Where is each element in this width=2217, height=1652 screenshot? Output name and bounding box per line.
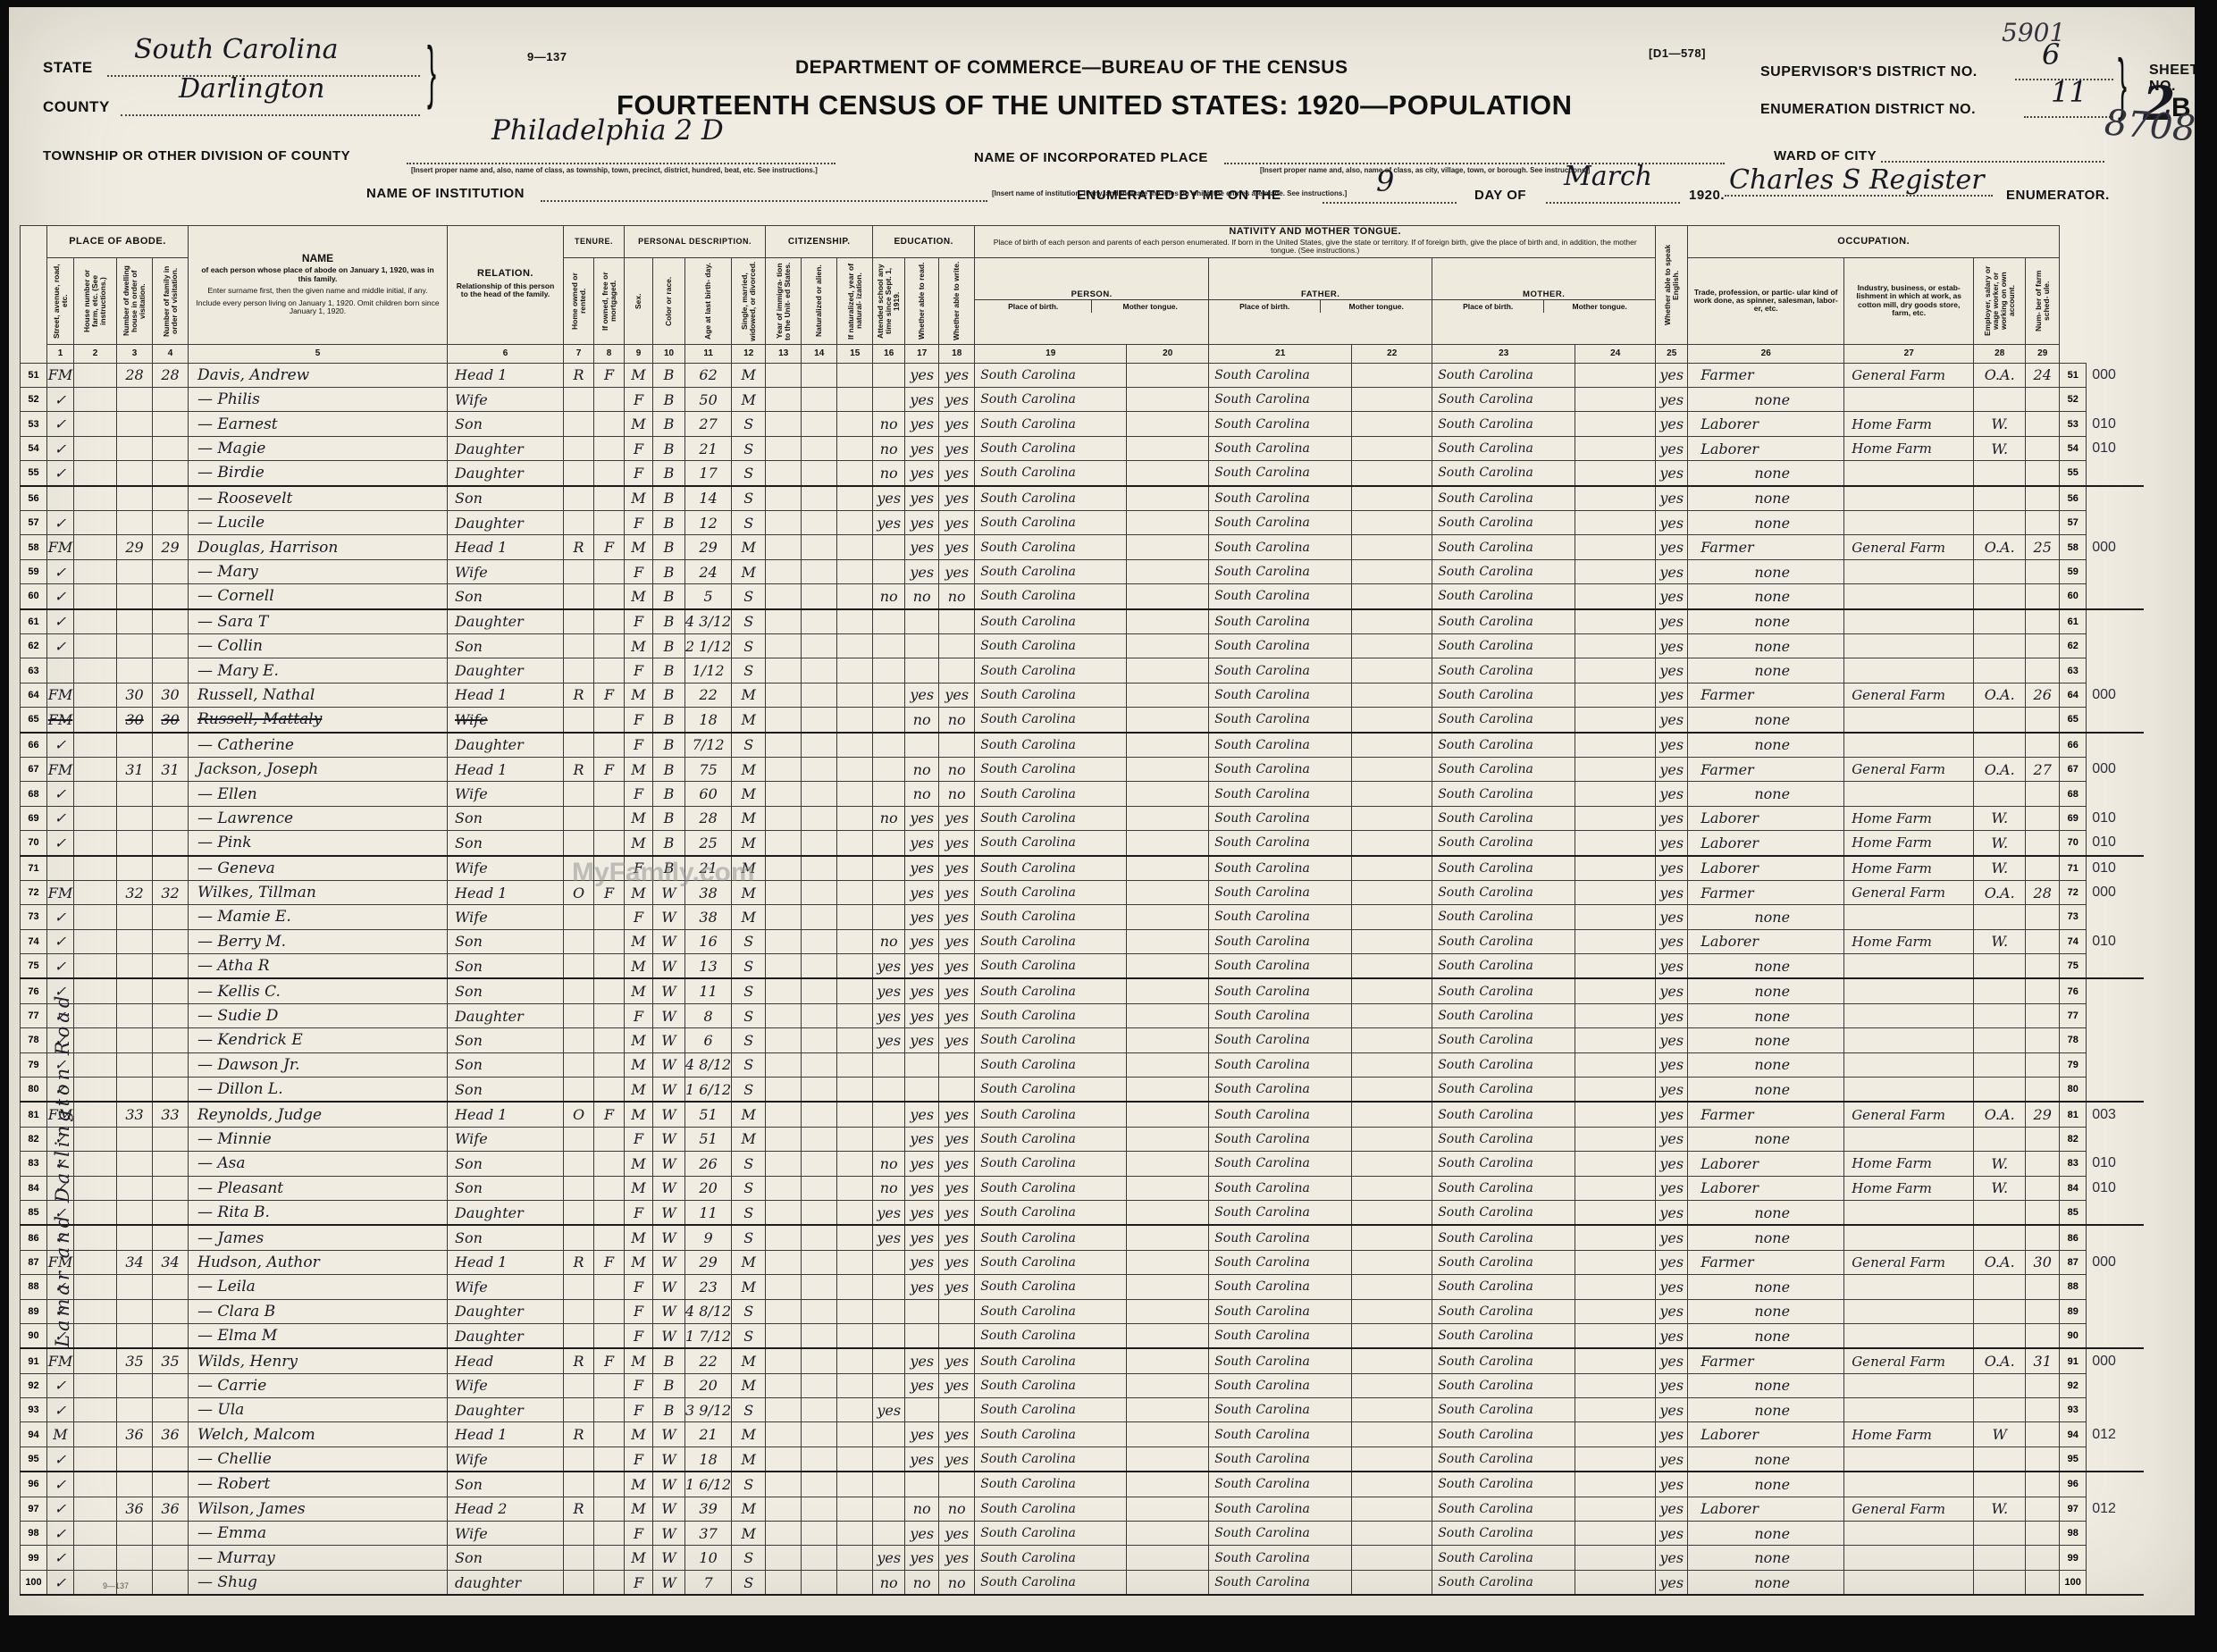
cell-mb-75: South Carolina bbox=[1432, 954, 1575, 979]
cell-in-59 bbox=[1844, 559, 1974, 583]
cell-t8-87: F bbox=[594, 1250, 625, 1274]
cell-ln-60: 60 bbox=[21, 584, 47, 609]
cell-fa-70 bbox=[153, 831, 189, 856]
cell-mark-54: 010 bbox=[2087, 436, 2144, 460]
cell-nm-94: Welch, Malcom bbox=[189, 1422, 448, 1447]
cell-t8-96 bbox=[594, 1472, 625, 1497]
cell-rd-80 bbox=[905, 1078, 939, 1103]
cell-fa-95 bbox=[153, 1447, 189, 1472]
cell-nm-87: Hudson, Author bbox=[189, 1250, 448, 1274]
cell-c14-100 bbox=[802, 1570, 837, 1595]
cell-rel-66: Daughter bbox=[448, 733, 564, 758]
cell-nm-80: — Dillon L. bbox=[189, 1078, 448, 1103]
cell-wr-96 bbox=[939, 1472, 975, 1497]
cell-c15-80 bbox=[837, 1078, 873, 1103]
cell-c13-56 bbox=[766, 486, 802, 511]
cell-tr-78: none bbox=[1688, 1028, 1844, 1052]
stamp-top: 5901 bbox=[2002, 18, 2065, 47]
cell-sc-99: yes bbox=[873, 1546, 905, 1570]
cell-c15-55 bbox=[837, 461, 873, 486]
cell-in-64: General Farm bbox=[1844, 683, 1974, 707]
cell-sc-83: no bbox=[873, 1152, 905, 1176]
cell-nm-66: — Catherine bbox=[189, 733, 448, 758]
cell-t8-86 bbox=[594, 1225, 625, 1250]
cell-ag-51: 62 bbox=[685, 363, 732, 387]
cell-t7-51: R bbox=[564, 363, 594, 387]
cell-mmt-69 bbox=[1575, 806, 1656, 830]
cell-fmt-84 bbox=[1352, 1176, 1432, 1200]
cell-sc-76: yes bbox=[873, 978, 905, 1003]
census-sheet: STATE South Carolina COUNTY Darlington }… bbox=[9, 7, 2195, 1615]
cell-rd-85: yes bbox=[905, 1200, 939, 1225]
cell-c15-61 bbox=[837, 609, 873, 634]
cell-t7-84 bbox=[564, 1176, 594, 1200]
cell-nm-88: — Leila bbox=[189, 1275, 448, 1299]
cell-rd-88: yes bbox=[905, 1275, 939, 1299]
cell-fs-89 bbox=[2026, 1299, 2060, 1323]
cell-hs-95 bbox=[74, 1447, 117, 1472]
cell-c13-59 bbox=[766, 559, 802, 583]
cell-sc-98 bbox=[873, 1522, 905, 1546]
cell-mb-65: South Carolina bbox=[1432, 708, 1575, 733]
cell-en-94: yes bbox=[1656, 1422, 1688, 1447]
cell-c15-54 bbox=[837, 436, 873, 460]
cell-fa-93 bbox=[153, 1398, 189, 1422]
cell-hs-64 bbox=[74, 683, 117, 707]
cell-c15-51 bbox=[837, 363, 873, 387]
cell-fs-58: 25 bbox=[2026, 535, 2060, 559]
cell-mmt-60 bbox=[1575, 584, 1656, 609]
cell-ln-69: 69 bbox=[21, 806, 47, 830]
cell-sc-73 bbox=[873, 905, 905, 929]
cell-mmt-85 bbox=[1575, 1200, 1656, 1225]
cell-cr-74: W bbox=[653, 929, 685, 953]
cell-hs-88 bbox=[74, 1275, 117, 1299]
cell-cr-76: W bbox=[653, 978, 685, 1003]
cell-mt-87 bbox=[1127, 1250, 1209, 1274]
cell-tr-59: none bbox=[1688, 559, 1844, 583]
cell-fmt-60 bbox=[1352, 584, 1432, 609]
cell-c14-73 bbox=[802, 905, 837, 929]
cell-mt-65 bbox=[1127, 708, 1209, 733]
cell-lnr-79: 79 bbox=[2060, 1052, 2087, 1077]
cell-c14-58 bbox=[802, 535, 837, 559]
cell-sx-86: M bbox=[625, 1225, 653, 1250]
cell-t7-73 bbox=[564, 905, 594, 929]
cell-em-99 bbox=[1974, 1546, 2026, 1570]
cell-c13-99 bbox=[766, 1546, 802, 1570]
cell-mmt-99 bbox=[1575, 1546, 1656, 1570]
cell-rel-94: Head 1 bbox=[448, 1422, 564, 1447]
cell-pb-82: South Carolina bbox=[975, 1127, 1127, 1151]
cell-c15-88 bbox=[837, 1275, 873, 1299]
cell-fa-83 bbox=[153, 1152, 189, 1176]
cell-dw-96 bbox=[117, 1472, 153, 1497]
cell-mark-52 bbox=[2087, 388, 2144, 412]
cell-mark-66 bbox=[2087, 733, 2144, 758]
cell-c15-76 bbox=[837, 978, 873, 1003]
cell-sc-52 bbox=[873, 388, 905, 412]
cell-mmt-94 bbox=[1575, 1422, 1656, 1447]
cell-hs-73 bbox=[74, 905, 117, 929]
column-number-24: 24 bbox=[1575, 344, 1656, 363]
cell-lnr-97: 97 bbox=[2060, 1497, 2087, 1521]
cell-c15-99 bbox=[837, 1546, 873, 1570]
cell-t8-82 bbox=[594, 1127, 625, 1151]
table-row: 87FM3434Hudson, AuthorHead 1RFMW29Myesye… bbox=[21, 1250, 2144, 1274]
cell-hs-51 bbox=[74, 363, 117, 387]
cell-mmt-71 bbox=[1575, 856, 1656, 881]
cell-c15-94 bbox=[837, 1422, 873, 1447]
cell-fa-72: 32 bbox=[153, 880, 189, 904]
cell-in-70: Home Farm bbox=[1844, 831, 1974, 856]
cell-sx-60: M bbox=[625, 584, 653, 609]
cell-hs-68 bbox=[74, 782, 117, 806]
cell-t8-77 bbox=[594, 1003, 625, 1027]
cell-nm-64: Russell, Nathal bbox=[189, 683, 448, 707]
cell-mt-99 bbox=[1127, 1546, 1209, 1570]
cell-ab-95: ✓ bbox=[47, 1447, 74, 1472]
cell-mr-60: S bbox=[732, 584, 766, 609]
cell-hs-56 bbox=[74, 486, 117, 511]
cell-fs-87: 30 bbox=[2026, 1250, 2060, 1274]
cell-rel-85: Daughter bbox=[448, 1200, 564, 1225]
cell-dw-67: 31 bbox=[117, 757, 153, 781]
cell-fa-60 bbox=[153, 584, 189, 609]
cell-sc-77: yes bbox=[873, 1003, 905, 1027]
col7-label: Home owned or rented. bbox=[571, 260, 587, 342]
cell-mark-67: 000 bbox=[2087, 757, 2144, 781]
cell-en-60: yes bbox=[1656, 584, 1688, 609]
cell-en-69: yes bbox=[1656, 806, 1688, 830]
cell-mt-97 bbox=[1127, 1497, 1209, 1521]
cell-cr-79: W bbox=[653, 1052, 685, 1077]
cell-fb-61: South Carolina bbox=[1209, 609, 1352, 634]
cell-fb-52: South Carolina bbox=[1209, 388, 1352, 412]
cell-ag-60: 5 bbox=[685, 584, 732, 609]
cell-pb-52: South Carolina bbox=[975, 388, 1127, 412]
cell-em-85 bbox=[1974, 1200, 2026, 1225]
cell-c14-67 bbox=[802, 757, 837, 781]
cell-hs-59 bbox=[74, 559, 117, 583]
cell-in-57 bbox=[1844, 511, 1974, 535]
cell-fmt-91 bbox=[1352, 1348, 1432, 1373]
cell-c13-96 bbox=[766, 1472, 802, 1497]
cell-t7-91: R bbox=[564, 1348, 594, 1373]
cell-pb-75: South Carolina bbox=[975, 954, 1127, 979]
cell-fa-65: 30 bbox=[153, 708, 189, 733]
cell-mr-73: M bbox=[732, 905, 766, 929]
cell-ln-67: 67 bbox=[21, 757, 47, 781]
day-of-label: DAY OF bbox=[1474, 188, 1526, 203]
col3-label: Number of dwelling house in order of vis… bbox=[122, 260, 147, 342]
cell-sx-56: M bbox=[625, 486, 653, 511]
cell-mmt-67 bbox=[1575, 757, 1656, 781]
cell-en-84: yes bbox=[1656, 1176, 1688, 1200]
cell-mr-63: S bbox=[732, 658, 766, 683]
cell-ag-82: 51 bbox=[685, 1127, 732, 1151]
cell-fb-53: South Carolina bbox=[1209, 412, 1352, 436]
table-row: 55✓— BirdieDaughterFB17SnoyesyesSouth Ca… bbox=[21, 461, 2144, 486]
cell-c14-55 bbox=[802, 461, 837, 486]
cell-rel-77: Daughter bbox=[448, 1003, 564, 1027]
cell-fb-87: South Carolina bbox=[1209, 1250, 1352, 1274]
cell-tr-82: none bbox=[1688, 1127, 1844, 1151]
cell-fb-65: South Carolina bbox=[1209, 708, 1352, 733]
cell-in-80 bbox=[1844, 1078, 1974, 1103]
cell-ag-86: 9 bbox=[685, 1225, 732, 1250]
cell-pb-63: South Carolina bbox=[975, 658, 1127, 683]
cell-t8-53 bbox=[594, 412, 625, 436]
cell-fs-95 bbox=[2026, 1447, 2060, 1472]
cell-rel-74: Son bbox=[448, 929, 564, 953]
cell-tr-81: Farmer bbox=[1688, 1102, 1844, 1127]
cell-tr-89: none bbox=[1688, 1299, 1844, 1323]
cell-fs-96 bbox=[2026, 1472, 2060, 1497]
cell-wr-53: yes bbox=[939, 412, 975, 436]
cell-mmt-88 bbox=[1575, 1275, 1656, 1299]
cell-fa-79 bbox=[153, 1052, 189, 1077]
cell-mmt-76 bbox=[1575, 978, 1656, 1003]
cell-ag-99: 10 bbox=[685, 1546, 732, 1570]
cell-mb-64: South Carolina bbox=[1432, 683, 1575, 707]
cell-t8-92 bbox=[594, 1373, 625, 1397]
cell-mmt-97 bbox=[1575, 1497, 1656, 1521]
cell-em-54: W. bbox=[1974, 436, 2026, 460]
col29-header: Num- ber of farm sched- ule. bbox=[2026, 257, 2060, 344]
cell-c15-75 bbox=[837, 954, 873, 979]
cell-dw-59 bbox=[117, 559, 153, 583]
cell-ag-87: 29 bbox=[685, 1250, 732, 1274]
cell-sc-56: yes bbox=[873, 486, 905, 511]
cell-fb-86: South Carolina bbox=[1209, 1225, 1352, 1250]
cell-fa-97: 36 bbox=[153, 1497, 189, 1521]
cell-mt-91 bbox=[1127, 1348, 1209, 1373]
cell-dw-98 bbox=[117, 1522, 153, 1546]
cell-ln-58: 58 bbox=[21, 535, 47, 559]
cell-rd-68: no bbox=[905, 782, 939, 806]
cell-t7-100 bbox=[564, 1570, 594, 1595]
cell-lnr-53: 53 bbox=[2060, 412, 2087, 436]
cell-nm-93: — Ula bbox=[189, 1398, 448, 1422]
cell-mt-84 bbox=[1127, 1176, 1209, 1200]
cell-dw-70 bbox=[117, 831, 153, 856]
cell-lnr-57: 57 bbox=[2060, 511, 2087, 535]
cell-rd-76: yes bbox=[905, 978, 939, 1003]
cell-dw-64: 30 bbox=[117, 683, 153, 707]
cell-c15-81 bbox=[837, 1102, 873, 1127]
col9-label: Sex. bbox=[634, 260, 642, 342]
cell-in-91: General Farm bbox=[1844, 1348, 1974, 1373]
cell-em-98 bbox=[1974, 1522, 2026, 1546]
cell-rd-60: no bbox=[905, 584, 939, 609]
cell-cr-91: B bbox=[653, 1348, 685, 1373]
cell-wr-86: yes bbox=[939, 1225, 975, 1250]
column-number-17: 17 bbox=[905, 344, 939, 363]
cell-hs-72 bbox=[74, 880, 117, 904]
cell-mb-76: South Carolina bbox=[1432, 978, 1575, 1003]
cell-mt-58 bbox=[1127, 535, 1209, 559]
cell-fb-69: South Carolina bbox=[1209, 806, 1352, 830]
cell-ag-70: 25 bbox=[685, 831, 732, 856]
cell-wr-92: yes bbox=[939, 1373, 975, 1397]
cell-c15-77 bbox=[837, 1003, 873, 1027]
cell-fmt-95 bbox=[1352, 1447, 1432, 1472]
cell-em-91: O.A. bbox=[1974, 1348, 2026, 1373]
cell-t7-93 bbox=[564, 1398, 594, 1422]
cell-em-59 bbox=[1974, 559, 2026, 583]
cell-c15-64 bbox=[837, 683, 873, 707]
cell-c14-56 bbox=[802, 486, 837, 511]
cell-fa-71 bbox=[153, 856, 189, 881]
cell-fa-84 bbox=[153, 1176, 189, 1200]
cell-wr-65: no bbox=[939, 708, 975, 733]
cell-fmt-94 bbox=[1352, 1422, 1432, 1447]
cell-nm-75: — Atha R bbox=[189, 954, 448, 979]
cell-c13-64 bbox=[766, 683, 802, 707]
cell-fb-56: South Carolina bbox=[1209, 486, 1352, 511]
cell-c14-96 bbox=[802, 1472, 837, 1497]
cell-mb-51: South Carolina bbox=[1432, 363, 1575, 387]
cell-c15-72 bbox=[837, 880, 873, 904]
cell-en-53: yes bbox=[1656, 412, 1688, 436]
department-title: DEPARTMENT OF COMMERCE—BUREAU OF THE CEN… bbox=[795, 57, 1348, 79]
cell-mb-66: South Carolina bbox=[1432, 733, 1575, 758]
cell-mb-73: South Carolina bbox=[1432, 905, 1575, 929]
cell-in-63 bbox=[1844, 658, 1974, 683]
cell-ln-79: 79 bbox=[21, 1052, 47, 1077]
cell-rd-90 bbox=[905, 1323, 939, 1348]
table-row: 98✓— EmmaWifeFW37MyesyesSouth CarolinaSo… bbox=[21, 1522, 2144, 1546]
cell-fa-58: 29 bbox=[153, 535, 189, 559]
cell-cr-84: W bbox=[653, 1176, 685, 1200]
col12-header: Single, married, widowed, or divorced. bbox=[732, 257, 766, 344]
cell-pb-66: South Carolina bbox=[975, 733, 1127, 758]
cell-ln-77: 77 bbox=[21, 1003, 47, 1027]
cell-pb-91: South Carolina bbox=[975, 1348, 1127, 1373]
cell-fa-75 bbox=[153, 954, 189, 979]
cell-nm-98: — Emma bbox=[189, 1522, 448, 1546]
scan-edge-right bbox=[2195, 0, 2217, 1652]
cell-mark-85 bbox=[2087, 1200, 2144, 1225]
column-number-4: 4 bbox=[153, 344, 189, 363]
cell-t8-83 bbox=[594, 1152, 625, 1176]
cell-mr-61: S bbox=[732, 609, 766, 634]
cell-rd-84: yes bbox=[905, 1176, 939, 1200]
cell-mark-51: 000 bbox=[2087, 363, 2144, 387]
cell-ag-73: 38 bbox=[685, 905, 732, 929]
cell-t8-55 bbox=[594, 461, 625, 486]
table-row: 56— RooseveltSonMB14SyesyesyesSouth Caro… bbox=[21, 486, 2144, 511]
cell-rel-81: Head 1 bbox=[448, 1102, 564, 1127]
cell-mt-54 bbox=[1127, 436, 1209, 460]
cell-ln-65: 65 bbox=[21, 708, 47, 733]
cell-t8-85 bbox=[594, 1200, 625, 1225]
cell-sx-93: F bbox=[625, 1398, 653, 1422]
cell-t7-96 bbox=[564, 1472, 594, 1497]
cell-dw-71 bbox=[117, 856, 153, 881]
cell-nm-91: Wilds, Henry bbox=[189, 1348, 448, 1373]
cell-sx-88: F bbox=[625, 1275, 653, 1299]
street-name-vertical: Lamar and Darlington Road bbox=[52, 472, 73, 1347]
col16-header: Attended school any time since Sept. 1, … bbox=[873, 257, 905, 344]
cell-sc-94 bbox=[873, 1422, 905, 1447]
cell-fs-68 bbox=[2026, 782, 2060, 806]
cell-tr-100: none bbox=[1688, 1570, 1844, 1595]
cell-wr-68: no bbox=[939, 782, 975, 806]
cell-en-82: yes bbox=[1656, 1127, 1688, 1151]
col26-label: Trade, profession, or partic- ular kind … bbox=[1688, 286, 1843, 316]
cell-cr-51: B bbox=[653, 363, 685, 387]
table-row: 73✓— Mamie E.WifeFW38MyesyesSouth Caroli… bbox=[21, 905, 2144, 929]
cell-ag-88: 23 bbox=[685, 1275, 732, 1299]
cell-dw-52 bbox=[117, 388, 153, 412]
cell-en-71: yes bbox=[1656, 856, 1688, 881]
cell-lnr-51: 51 bbox=[2060, 363, 2087, 387]
cell-in-55 bbox=[1844, 461, 1974, 486]
cell-sx-82: F bbox=[625, 1127, 653, 1151]
cell-lnr-94: 94 bbox=[2060, 1422, 2087, 1447]
cell-em-80 bbox=[1974, 1078, 2026, 1103]
cell-hs-89 bbox=[74, 1299, 117, 1323]
cell-mark-80 bbox=[2087, 1078, 2144, 1103]
cell-dw-87: 34 bbox=[117, 1250, 153, 1274]
cell-mt-100 bbox=[1127, 1570, 1209, 1595]
cell-mt-80 bbox=[1127, 1078, 1209, 1103]
cell-cr-62: B bbox=[653, 633, 685, 658]
cell-c14-89 bbox=[802, 1299, 837, 1323]
cell-ln-61: 61 bbox=[21, 609, 47, 634]
cell-mb-60: South Carolina bbox=[1432, 584, 1575, 609]
cell-sc-53: no bbox=[873, 412, 905, 436]
cell-pb-100: South Carolina bbox=[975, 1570, 1127, 1595]
cell-en-98: yes bbox=[1656, 1522, 1688, 1546]
cell-tr-74: Laborer bbox=[1688, 929, 1844, 953]
cell-t7-99 bbox=[564, 1546, 594, 1570]
column-number-10: 10 bbox=[653, 344, 685, 363]
cell-t7-52 bbox=[564, 388, 594, 412]
cell-c15-78 bbox=[837, 1028, 873, 1052]
cell-hs-55 bbox=[74, 461, 117, 486]
cell-ab-100: ✓ bbox=[47, 1570, 74, 1595]
cell-rel-79: Son bbox=[448, 1052, 564, 1077]
cell-mark-57 bbox=[2087, 511, 2144, 535]
cell-en-86: yes bbox=[1656, 1225, 1688, 1250]
cell-rd-83: yes bbox=[905, 1152, 939, 1176]
cell-ln-87: 87 bbox=[21, 1250, 47, 1274]
cell-pb-92: South Carolina bbox=[975, 1373, 1127, 1397]
cell-mr-83: S bbox=[732, 1152, 766, 1176]
cell-mb-94: South Carolina bbox=[1432, 1422, 1575, 1447]
cell-em-76 bbox=[1974, 978, 2026, 1003]
cell-t8-67: F bbox=[594, 757, 625, 781]
cell-nm-79: — Dawson Jr. bbox=[189, 1052, 448, 1077]
cell-fa-52 bbox=[153, 388, 189, 412]
cell-sx-99: M bbox=[625, 1546, 653, 1570]
col18-header: Whether able to write. bbox=[939, 257, 975, 344]
cell-fmt-52 bbox=[1352, 388, 1432, 412]
cell-fs-60 bbox=[2026, 584, 2060, 609]
cell-fmt-100 bbox=[1352, 1570, 1432, 1595]
cell-c13-95 bbox=[766, 1447, 802, 1472]
scan-edge-top bbox=[0, 0, 2217, 7]
cell-fmt-53 bbox=[1352, 412, 1432, 436]
cell-mb-95: South Carolina bbox=[1432, 1447, 1575, 1472]
enumerator-line bbox=[1725, 188, 1993, 197]
cell-rd-94: yes bbox=[905, 1422, 939, 1447]
cell-tr-88: none bbox=[1688, 1275, 1844, 1299]
cell-fmt-70 bbox=[1352, 831, 1432, 856]
